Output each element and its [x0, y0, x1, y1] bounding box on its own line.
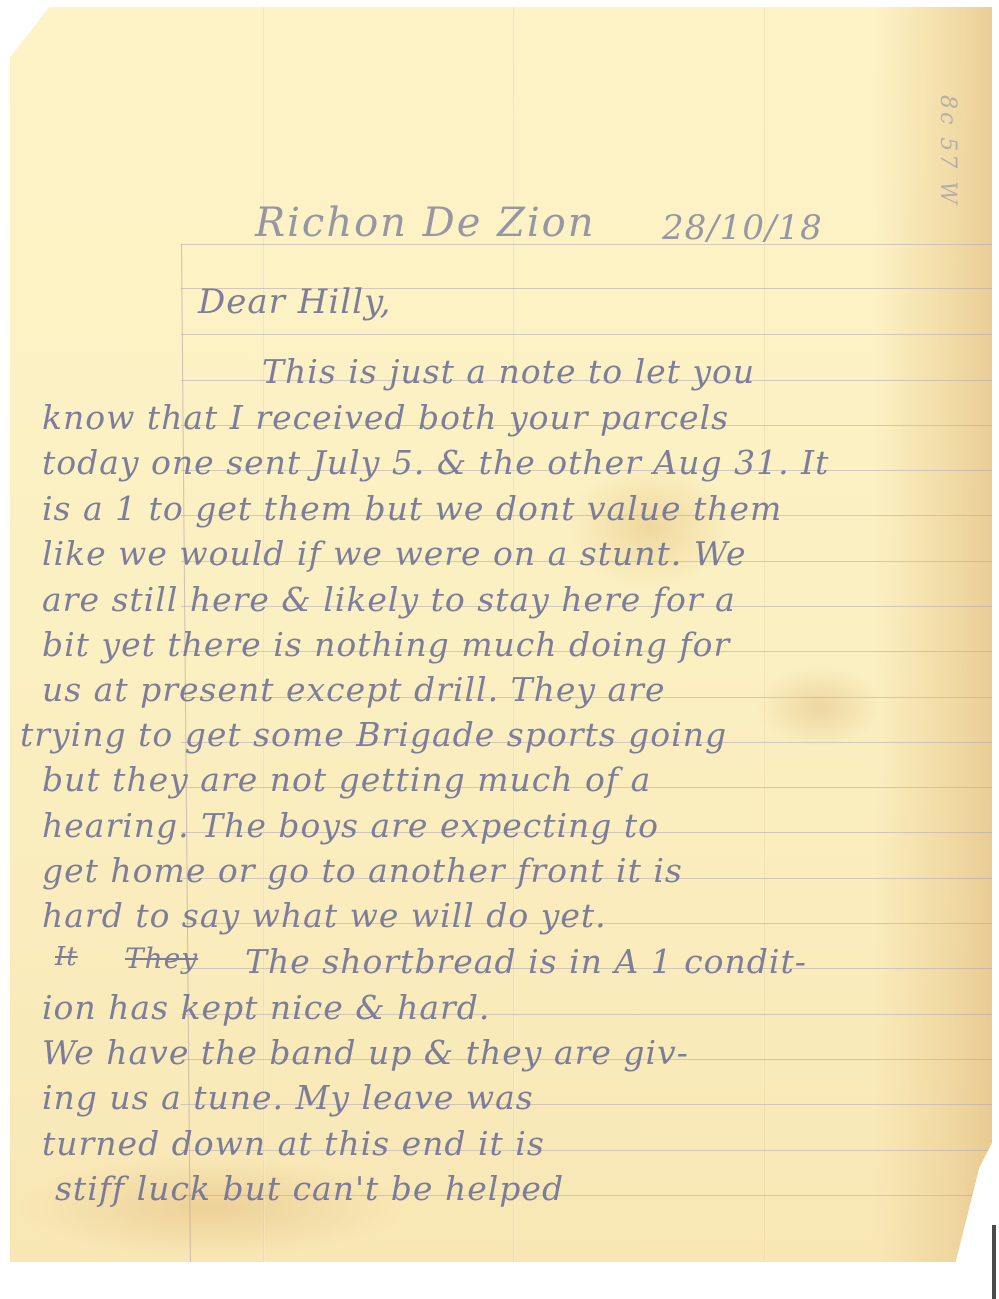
letter-line: trying to get some Brigade sports going — [20, 715, 727, 754]
letter-line: The shortbread is in A 1 condit- — [245, 942, 807, 981]
scanner-edge-shadow — [992, 1225, 996, 1299]
letter-line: get home or go to another front it is — [42, 851, 683, 890]
letter-line: stiff luck but can't be helped — [55, 1169, 564, 1208]
letter-line: ion has kept nice & hard. — [42, 988, 490, 1027]
letter-line: bit yet there is nothing much doing for — [42, 625, 730, 664]
letter-line: us at present except drill. They are — [42, 670, 665, 709]
margin-annotation: 8c 57 W — [935, 95, 960, 207]
letter-line: like we would if we were on a stunt. We — [42, 534, 747, 573]
letter-line: are still here & likely to stay here for… — [42, 580, 736, 619]
letter-line: We have the band up & they are giv- — [42, 1033, 689, 1072]
letter-line: know that I received both your parcels — [42, 398, 729, 437]
crossed-out-word: It — [55, 942, 78, 972]
letter-line: turned down at this end it is — [42, 1124, 545, 1163]
letter-line: hard to say what we will do yet. — [42, 896, 607, 935]
letter-line: ing us a tune. My leave was — [42, 1078, 534, 1117]
letter-line: hearing. The boys are expecting to — [42, 806, 659, 845]
letter-line: today one sent July 5. & the other Aug 3… — [42, 443, 829, 482]
letter-line: This is just a note to let you — [262, 352, 755, 391]
letter-line: but they are not getting much of a — [42, 760, 651, 799]
ruled-line — [181, 334, 996, 335]
letter-line: is a 1 to get them but we dont value the… — [42, 489, 782, 528]
letter-date: 28/10/18 — [662, 208, 823, 248]
letter-place: Richon De Zion — [255, 200, 596, 246]
crossed-out-word: They — [125, 942, 198, 975]
letter-salutation: Dear Hilly, — [198, 282, 391, 322]
